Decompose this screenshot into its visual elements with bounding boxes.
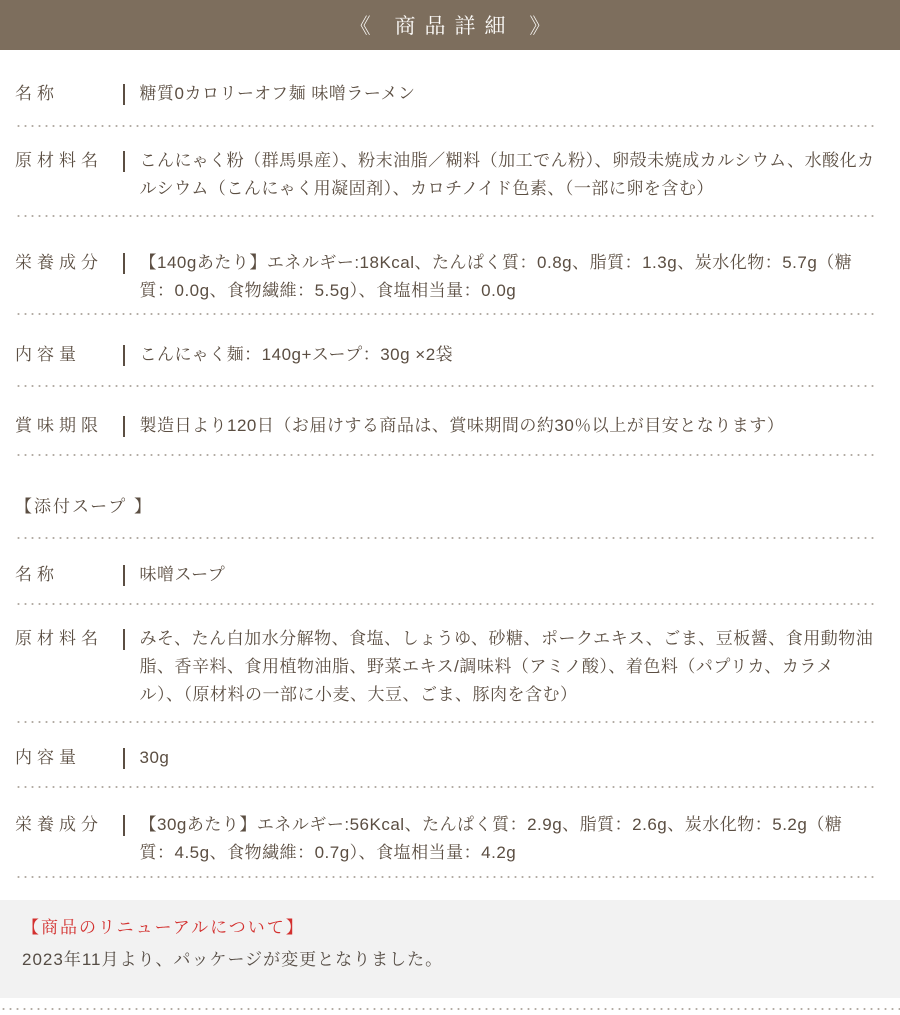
- row-value: こんにゃく麺：140g+スープ：30g ×2袋: [125, 341, 876, 369]
- row-value: みそ、たん白加水分解物、食塩、しょうゆ、砂糖、ポークエキス、ごま、豆板醤、食用動…: [125, 625, 876, 709]
- row-value: 製造日より120日（お届けする商品は、賞味期間の約30％以上が目安となります）: [125, 412, 876, 440]
- row-value: 糖質0カロリーオフ麺 味噌ラーメン: [125, 80, 876, 108]
- row-value: 30g: [125, 744, 876, 772]
- product-detail-content: 名称 糖質0カロリーオフ麺 味噌ラーメン 原材料名 こんにゃく粉（群馬県産）、粉…: [0, 50, 900, 878]
- row-soup-nutrition: 栄養成分 【30gあたり】エネルギー:56Kcal、たんぱく質：2.9g、脂質：…: [15, 788, 875, 876]
- renewal-note-body: 2023年11月より、パッケージが変更となりました。: [22, 946, 875, 974]
- row-label: 内容量: [15, 744, 123, 772]
- row-label: 賞味期限: [15, 412, 123, 440]
- dotted-divider: [0, 1008, 900, 1010]
- row-product-nutrition: 栄養成分 【140gあたり】エネルギー:18Kcal、たんぱく質：0.8g、脂質…: [15, 217, 875, 313]
- row-label: 名称: [15, 561, 123, 589]
- row-label: 原材料名: [15, 147, 123, 175]
- row-value: こんにゃく粉（群馬県産）、粉末油脂／糊料（加工でん粉）、卵殻未焼成カルシウム、水…: [125, 147, 876, 203]
- row-product-ingredients: 原材料名 こんにゃく粉（群馬県産）、粉末油脂／糊料（加工でん粉）、卵殻未焼成カル…: [15, 127, 875, 215]
- dotted-divider: [15, 876, 875, 878]
- row-value: 味噌スープ: [125, 561, 876, 589]
- row-product-amount: 内容量 こんにゃく麺：140g+スープ：30g ×2袋: [15, 315, 875, 385]
- row-soup-amount: 内容量 30g: [15, 723, 875, 786]
- row-label: 内容量: [15, 341, 123, 369]
- page-title: 《 商品詳細 》: [341, 10, 560, 40]
- row-product-name: 名称 糖質0カロリーオフ麺 味噌ラーメン: [15, 50, 875, 125]
- row-value: 【140gあたり】エネルギー:18Kcal、たんぱく質：0.8g、脂質：1.3g…: [125, 249, 876, 305]
- row-value: 【30gあたり】エネルギー:56Kcal、たんぱく質：2.9g、脂質：2.6g、…: [125, 811, 876, 867]
- renewal-note-box: 【商品のリニューアルについて】 2023年11月より、パッケージが変更となりまし…: [0, 900, 900, 998]
- row-label: 原材料名: [15, 625, 123, 653]
- renewal-note-title: 【商品のリニューアルについて】: [22, 914, 875, 942]
- row-soup-name: 名称 味噌スープ: [15, 539, 875, 603]
- row-label: 栄養成分: [15, 811, 123, 839]
- row-label: 栄養成分: [15, 249, 123, 277]
- soup-section-heading: 【添付スープ 】: [15, 456, 875, 537]
- row-soup-ingredients: 原材料名 みそ、たん白加水分解物、食塩、しょうゆ、砂糖、ポークエキス、ごま、豆板…: [15, 605, 875, 721]
- product-detail-header: 《 商品詳細 》: [0, 0, 900, 50]
- row-label: 名称: [15, 80, 123, 108]
- row-product-expiry: 賞味期限 製造日より120日（お届けする商品は、賞味期間の約30％以上が目安とな…: [15, 387, 875, 454]
